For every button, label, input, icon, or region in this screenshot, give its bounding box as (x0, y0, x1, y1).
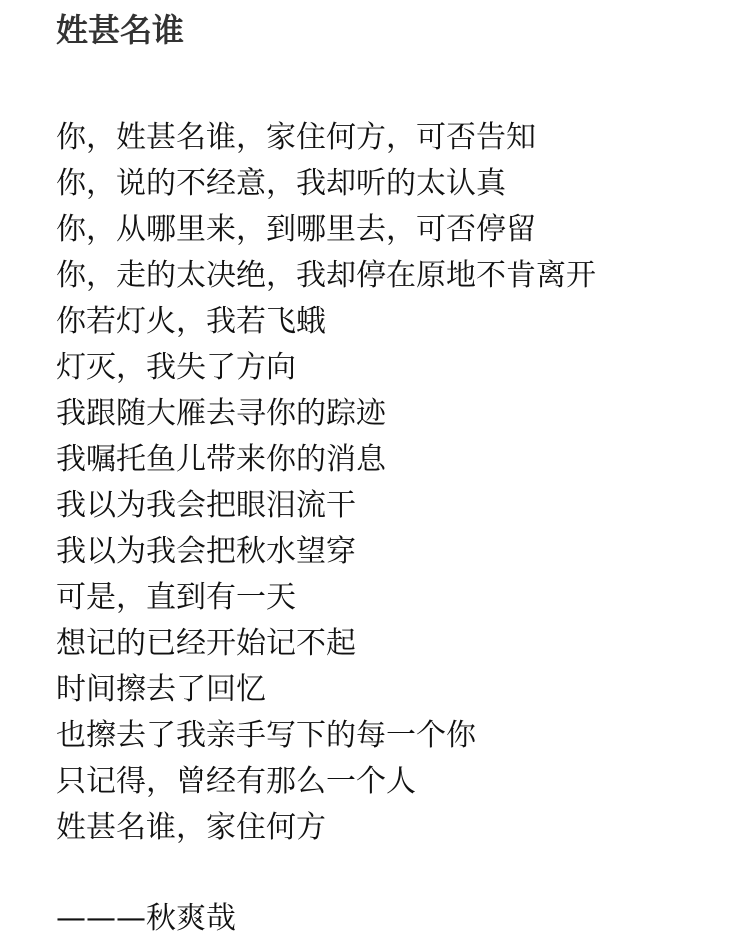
poem-line: 灯灭，我失了方向 (56, 345, 596, 391)
author-signature: ———秋爽哉 (56, 896, 236, 942)
poem-line: 我以为我会把眼泪流干 (56, 483, 596, 529)
poem-title: 姓甚名谁 (56, 8, 184, 52)
poem-line: 你，从哪里来，到哪里去，可否停留 (56, 207, 596, 253)
poem-line: 也擦去了我亲手写下的每一个你 (56, 713, 596, 759)
poem-line: 只记得，曾经有那么一个人 (56, 759, 596, 805)
poem-body: 你，姓甚名谁，家住何方，可否告知 你，说的不经意，我却听的太认真 你，从哪里来，… (56, 115, 596, 851)
poem-line: 我嘱托鱼儿带来你的消息 (56, 437, 596, 483)
poem-line: 时间擦去了回忆 (56, 667, 596, 713)
poem-line: 可是，直到有一天 (56, 575, 596, 621)
poem-line: 姓甚名谁，家住何方 (56, 805, 596, 851)
poem-line: 你，说的不经意，我却听的太认真 (56, 161, 596, 207)
poem-line: 我跟随大雁去寻你的踪迹 (56, 391, 596, 437)
poem-line: 我以为我会把秋水望穿 (56, 529, 596, 575)
poem-line: 你若灯火，我若飞蛾 (56, 299, 596, 345)
poem-line: 想记的已经开始记不起 (56, 621, 596, 667)
poem-line: 你，姓甚名谁，家住何方，可否告知 (56, 115, 596, 161)
poem-line: 你，走的太决绝，我却停在原地不肯离开 (56, 253, 596, 299)
